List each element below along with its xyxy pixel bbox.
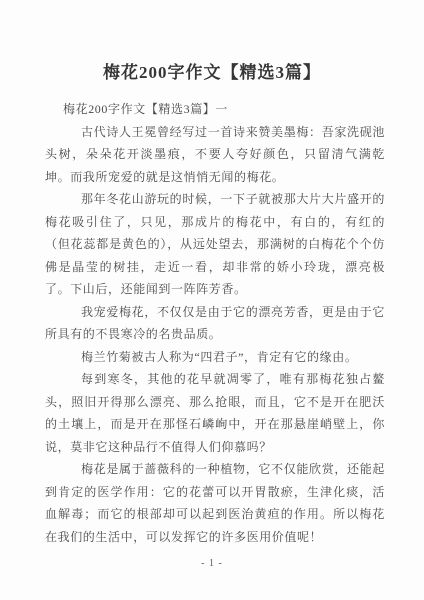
document-page: 梅花200字作文【精选3篇】 梅花200字作文【精选3篇】一 古代诗人王冕曾经写… [0,0,424,600]
document-subtitle: 梅花200字作文【精选3篇】一 [45,98,385,121]
page-number: - 1 - [0,558,424,569]
paragraph: 梅兰竹菊被古人称为“四君子”，肯定有它的缘由。 [45,346,385,369]
paragraph: 每到寒冬，其他的花早就凋零了，唯有那梅花独占鳌头，照旧开得那么漂亮、那么抢眼，而… [45,368,385,458]
document-body: 梅花200字作文【精选3篇】一 古代诗人王冕曾经写过一首诗来赞美墨梅：吾家洗砚池… [45,98,385,548]
paragraph: 古代诗人王冕曾经写过一首诗来赞美墨梅：吾家洗砚池头树，朵朵花开淡墨痕，不要人夸好… [45,121,385,189]
paragraph: 梅花是属于蔷薇科的一种植物，它不仅能欣赏，还能起到肯定的医学作用：它的花蕾可以开… [45,458,385,548]
document-title: 梅花200字作文【精选3篇】 [0,0,424,84]
paragraph: 我宠爱梅花，不仅仅是由于它的漂亮芳香，更是由于它所具有的不畏寒冷的名贵品质。 [45,301,385,346]
paragraph: 那年冬花山游玩的时候，一下子就被那大片大片盛开的梅花吸引住了，只见，那成片的梅花… [45,188,385,301]
